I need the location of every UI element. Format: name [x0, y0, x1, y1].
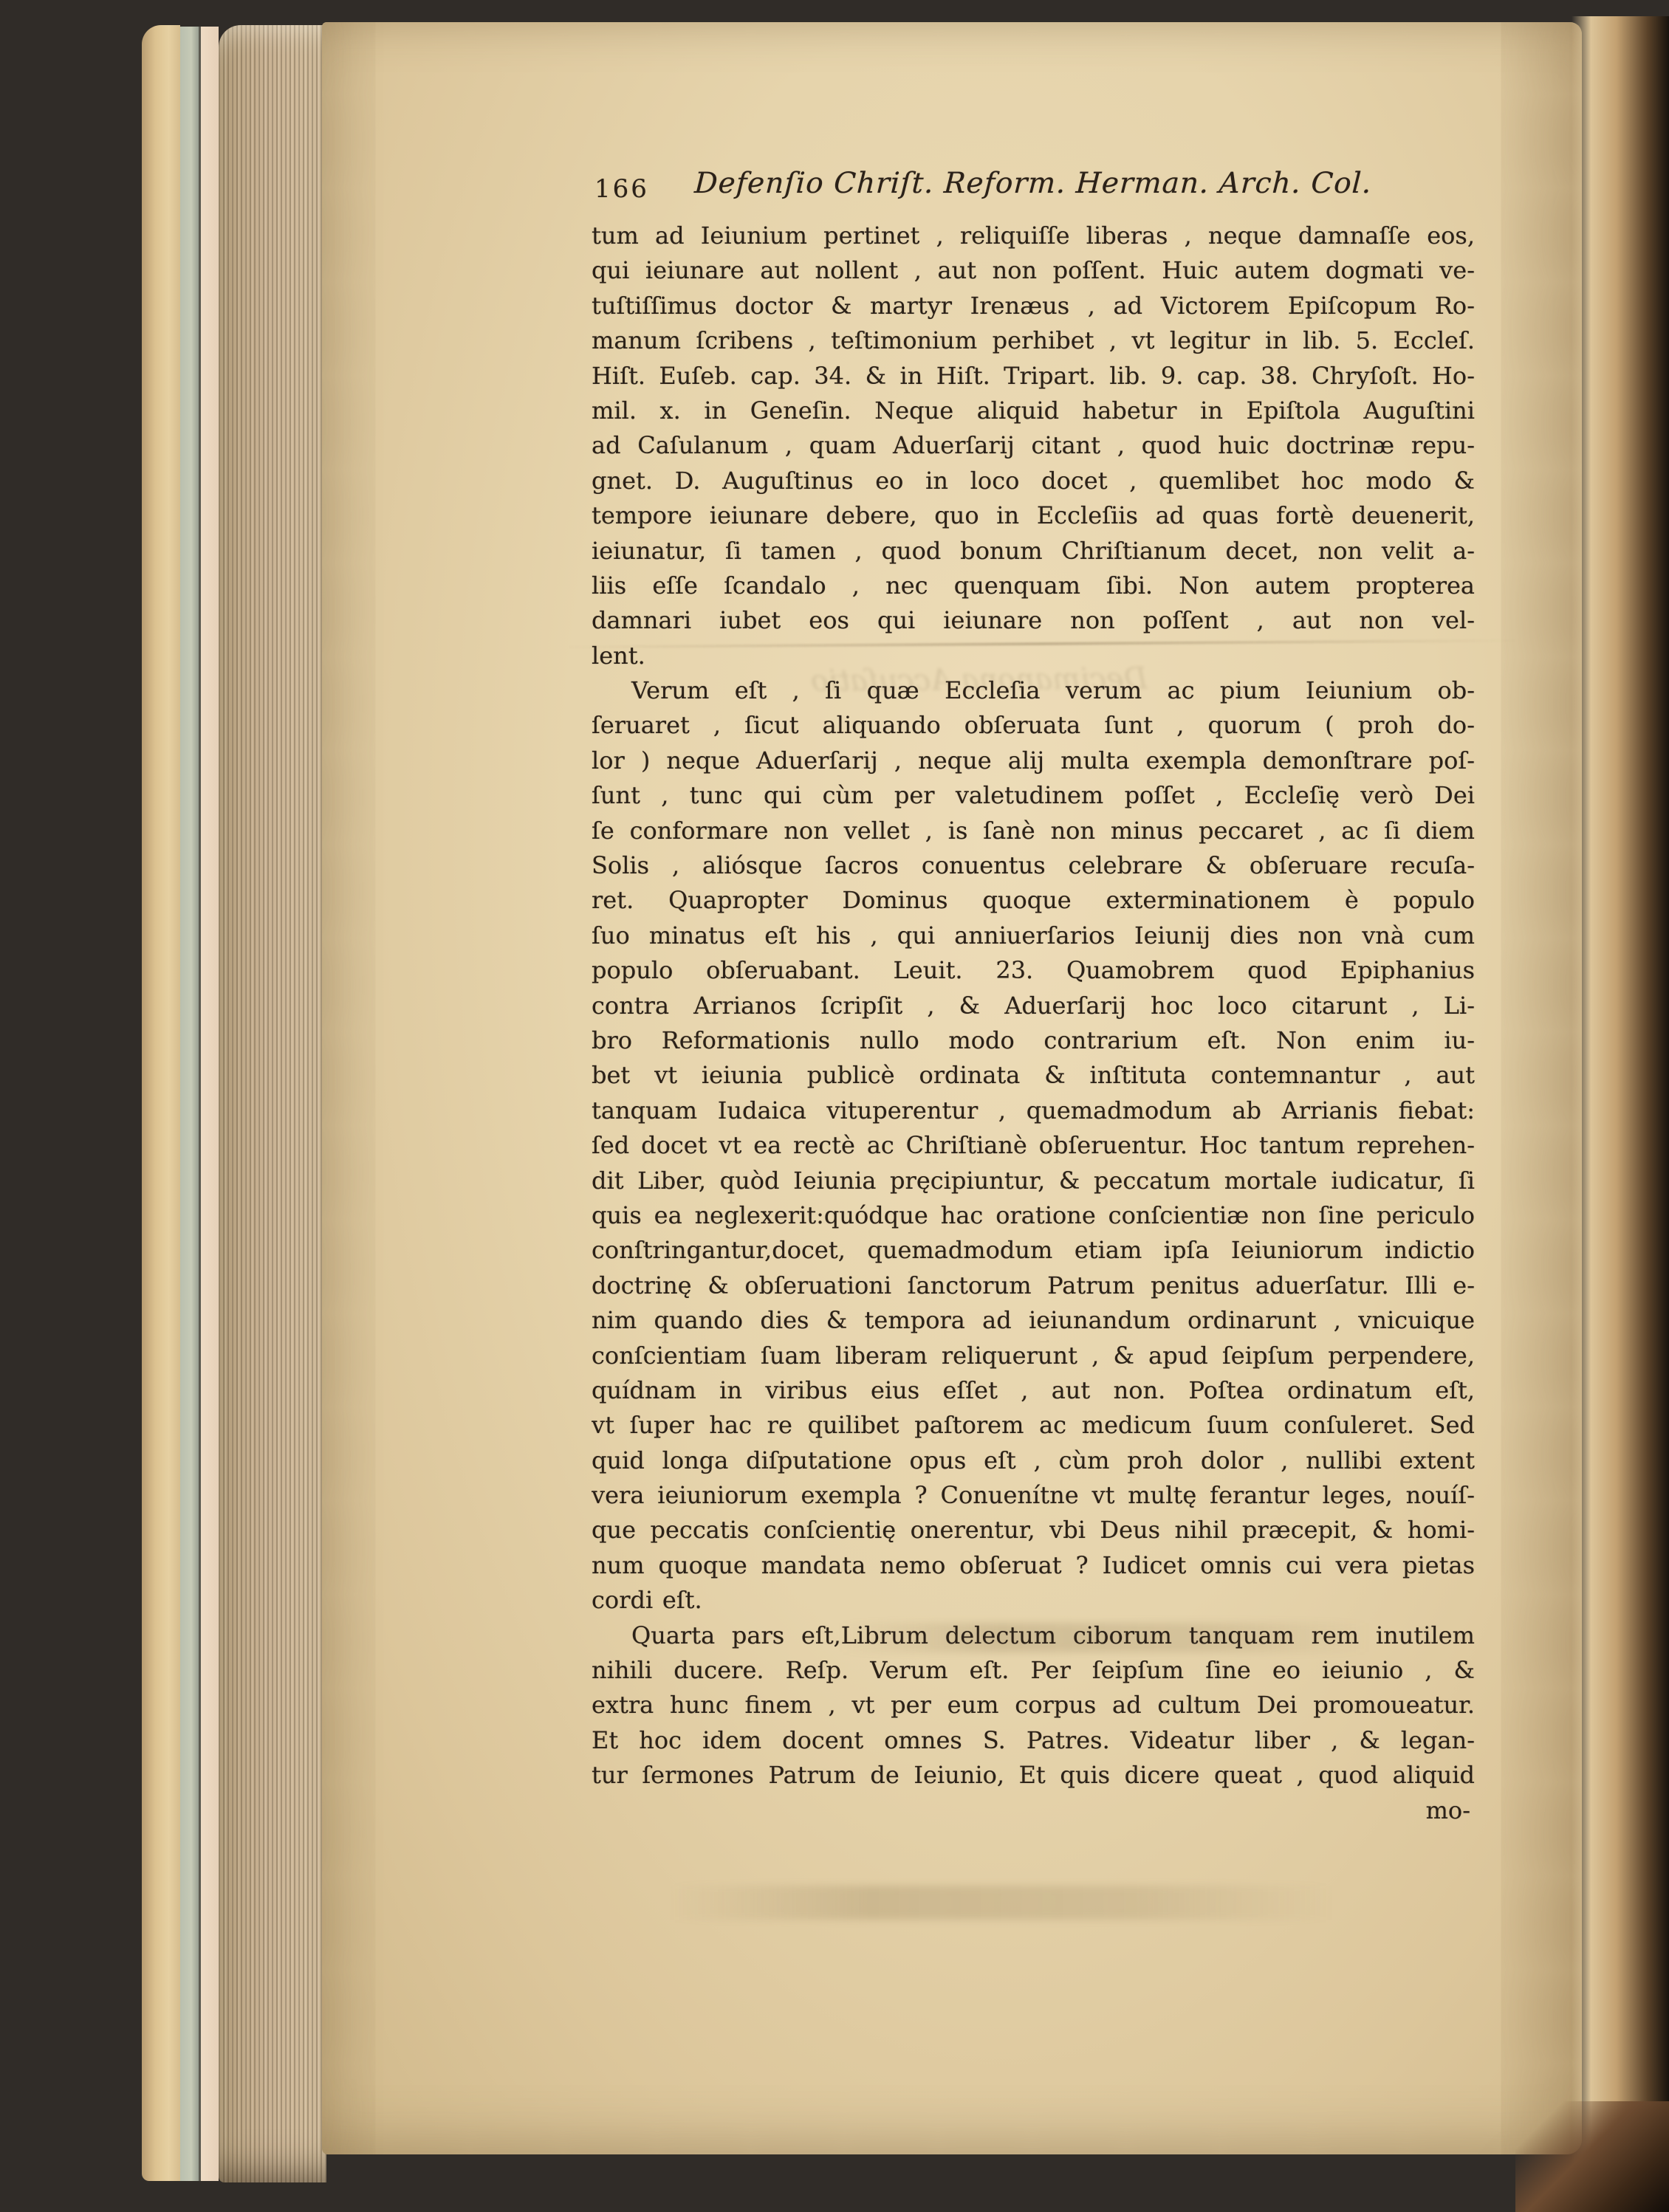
flyleaf-edge [201, 27, 219, 2181]
text-line: ret. Quapropter Dominus quoque extermina… [592, 883, 1475, 918]
text-line: manum ſcribens , teſtimonium perhibet , … [592, 323, 1475, 358]
text-line: lor ) neque Aduerſarij , neque alij mult… [592, 743, 1475, 778]
text-line: tuſtiſſimus doctor & martyr Irenæus , ad… [592, 289, 1475, 323]
catchword: mo- [592, 1793, 1475, 1828]
text-line: ad Caſulanum , quam Aduerſarij citant , … [592, 428, 1475, 463]
text-line: bro Reformationis nullo modo contrarium … [592, 1023, 1475, 1058]
page-header: 166 Defenſio Chriſt. Reform. Herman. Arc… [592, 167, 1475, 216]
text-line: ieiunatur, ſi tamen , quod bonum Chriſti… [592, 534, 1475, 569]
text-line: ſed docet vt ea rectè ac Chriſtianè obſe… [592, 1128, 1475, 1163]
text-line: num quoque mandata nemo obſeruat ? Iudic… [592, 1548, 1475, 1583]
text-line: tum ad Ieiunium pertinet , reliquiſſe li… [592, 219, 1475, 253]
page-edge-stack [219, 25, 326, 2182]
endpaper-edge [180, 27, 201, 2181]
text-line: Solis , aliósque ſacros conuentus celebr… [592, 848, 1475, 883]
book-page: Decimanona Accuſatio 166 Defenſio Chriſt… [322, 22, 1582, 2154]
text-line: damnari iubet eos qui ieiunare non poſſe… [592, 603, 1475, 638]
text-line: ſuo minatus eſt his , qui anniuerſarios … [592, 918, 1475, 953]
text-line: conſtringantur,docet, quemadmodum etiam … [592, 1233, 1475, 1268]
text-line: dit Liber, quòd Ieiunia pręcipiuntur, & … [592, 1164, 1475, 1198]
text-line: vt ſuper hac re quilibet paſtorem ac med… [592, 1408, 1475, 1443]
text-line: tempore ieiunare debere, quo in Eccleſii… [592, 498, 1475, 533]
right-page-edge [1572, 16, 1669, 2212]
text-line: quis ea neglexerit:quódque hac oratione … [592, 1198, 1475, 1233]
text-line: extra hunc finem , vt per eum corpus ad … [592, 1688, 1475, 1722]
text-line: quídnam in viribus eius eſſet , aut non.… [592, 1373, 1475, 1408]
text-line: cordi eſt. [592, 1583, 1475, 1618]
text-line: conſcientiam ſuam liberam reliquerunt , … [592, 1339, 1475, 1373]
running-title: Defenſio Chriſt. Reform. Herman. Arch. C… [591, 167, 1476, 200]
text-line: doctrinę & obſeruationi ſanctorum Patrum… [592, 1268, 1475, 1303]
text-line: populo obſeruabant. Leuit. 23. Quamobrem… [592, 953, 1475, 988]
text-line: ſunt , tunc qui cùm per valetudinem poſſ… [592, 778, 1475, 813]
cover-vellum-edge [142, 25, 180, 2181]
text-line: ſeruaret , ſicut aliquando obſeruata ſun… [592, 708, 1475, 743]
text-line: nim quando dies & tempora ad ieiunandum … [592, 1303, 1475, 1338]
text-line: contra Arrianos ſcripſit , & Aduerſarij … [592, 989, 1475, 1023]
text-line: lent. [592, 639, 1475, 673]
text-line: qui ieiunare aut nollent , aut non poſſe… [592, 253, 1475, 288]
text-line: tur ſermones Patrum de Ieiunio, Et quis … [592, 1758, 1475, 1793]
text-line: ſe conformare non vellet , is ſanè non m… [592, 814, 1475, 848]
text-line: vera ieiuniorum exempla ? Conuenítne vt … [592, 1478, 1475, 1513]
text-line: Et hoc idem docent omnes S. Patres. Vide… [592, 1723, 1475, 1758]
bleedthrough-smudge [669, 1886, 1334, 1920]
cover-bottom-right-corner [1515, 2101, 1669, 2212]
text-line: gnet. D. Auguſtinus eo in loco docet , q… [592, 464, 1475, 498]
text-line: quid longa diſputatione opus eſt , cùm p… [592, 1443, 1475, 1478]
text-line: tanquam Iudaica vituperentur , quemadmod… [592, 1093, 1475, 1128]
text-line: Quarta pars eſt,Librum delectum ciborum … [592, 1618, 1475, 1653]
text-line: Hiſt. Euſeb. cap. 34. & in Hiſt. Tripart… [592, 359, 1475, 394]
text-block: 166 Defenſio Chriſt. Reform. Herman. Arc… [592, 167, 1475, 1828]
text-line: liis eſſe ſcandalo , nec quenquam ſibi. … [592, 569, 1475, 603]
text-line: que peccatis conſcientię onerentur, vbi … [592, 1513, 1475, 1548]
text-line: mil. x. in Geneſin. Neque aliquid habetu… [592, 394, 1475, 428]
text-line: Verum eſt , ſi quæ Eccleſia verum ac piu… [592, 673, 1475, 708]
body-text: tum ad Ieiunium pertinet , reliquiſſe li… [592, 219, 1475, 1793]
book-photo-scene: { "colors": { "backdrop": "#302c28", "pa… [0, 0, 1669, 2212]
text-line: nihili ducere. Reſp. Verum eſt. Per ſeip… [592, 1653, 1475, 1688]
text-line: bet vt ieiunia publicè ordinata & inſtit… [592, 1058, 1475, 1093]
